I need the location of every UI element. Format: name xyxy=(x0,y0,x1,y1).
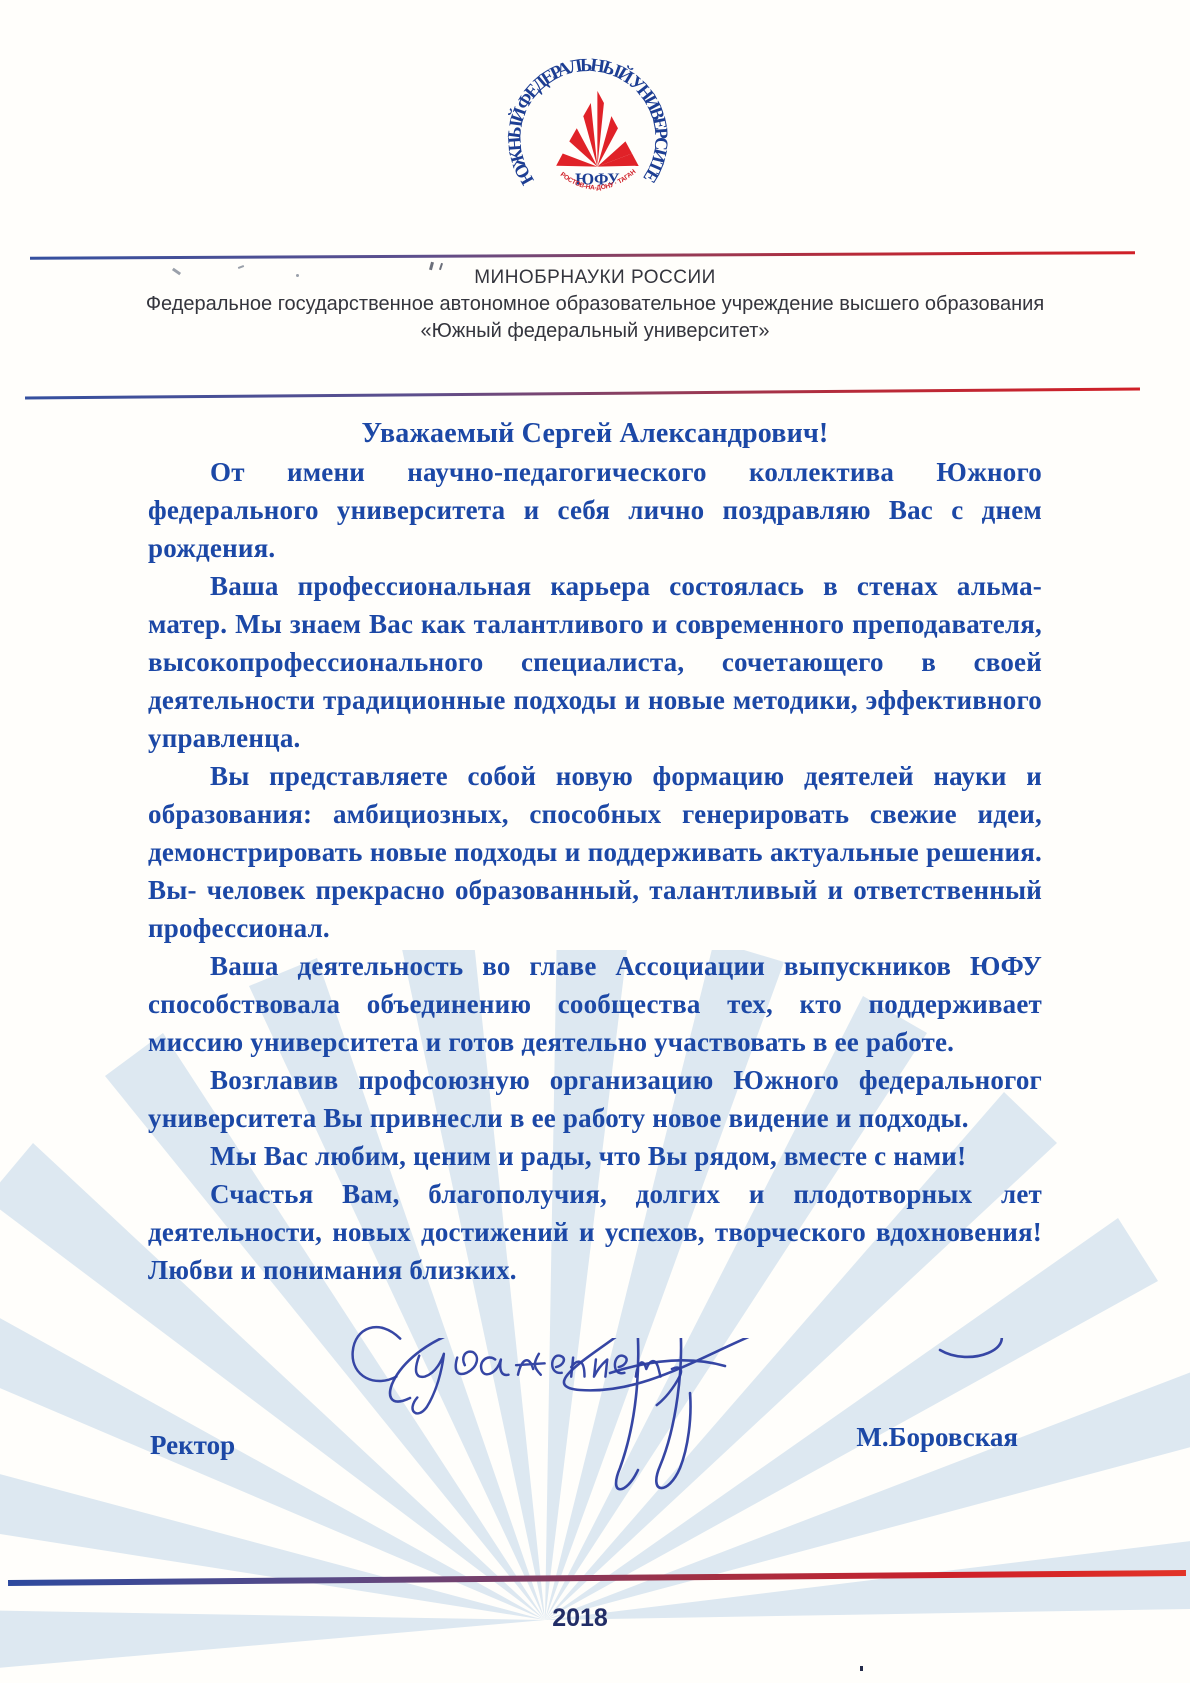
institution-line: Федеральное государственное автономное о… xyxy=(0,291,1190,318)
year-label: 2018 xyxy=(0,1604,1160,1633)
paragraph: Возглавив профсоюзную организацию Южного… xyxy=(148,1061,1042,1137)
gradient-rule-top xyxy=(30,251,1135,260)
paragraph: Мы Вас любим, ценим и рады, что Вы рядом… xyxy=(148,1137,1042,1175)
paragraph: Ваша профессиональная карьера состоялась… xyxy=(148,567,1042,757)
ministry-line: МИНОБРНАУКИ РОССИИ xyxy=(0,264,1190,291)
letter-body: Уважаемый Сергей Александрович! От имени… xyxy=(148,415,1042,1289)
gradient-rule-middle xyxy=(25,388,1140,400)
paragraph: Вы представляете собой новую формацию де… xyxy=(148,757,1042,947)
signature-flourish xyxy=(380,1338,1030,1498)
letterhead: МИНОБРНАУКИ РОССИИ Федеральное государст… xyxy=(0,264,1190,345)
logo-sun-triangle-icon xyxy=(556,91,638,167)
salutation: Уважаемый Сергей Александрович! xyxy=(148,415,1042,453)
logo-ring-text: ЮЖНЫЙ ФЕДЕРАЛЬНЫЙ УНИВЕРСИТЕТ xyxy=(485,44,672,188)
signer-name: М.Боровская xyxy=(856,1422,1018,1453)
paragraph: Ваша деятельность во главе Ассоциации вы… xyxy=(148,947,1042,1061)
paragraph: Счастья Вам, благополучия, долгих и плод… xyxy=(148,1175,1042,1289)
university-name-line: «Южный федеральный университет» xyxy=(0,318,1190,345)
signer-title: Ректор xyxy=(150,1430,235,1461)
paragraph: От имени научно-педагогического коллекти… xyxy=(148,453,1042,567)
scan-speckle xyxy=(860,1666,863,1671)
scanned-letter-page: ЮЖНЫЙ ФЕДЕРАЛЬНЫЙ УНИВЕРСИТЕТ ЮФУ РОСТОВ… xyxy=(0,0,1190,1683)
university-logo: ЮЖНЫЙ ФЕДЕРАЛЬНЫЙ УНИВЕРСИТЕТ ЮФУ РОСТОВ… xyxy=(485,44,691,250)
